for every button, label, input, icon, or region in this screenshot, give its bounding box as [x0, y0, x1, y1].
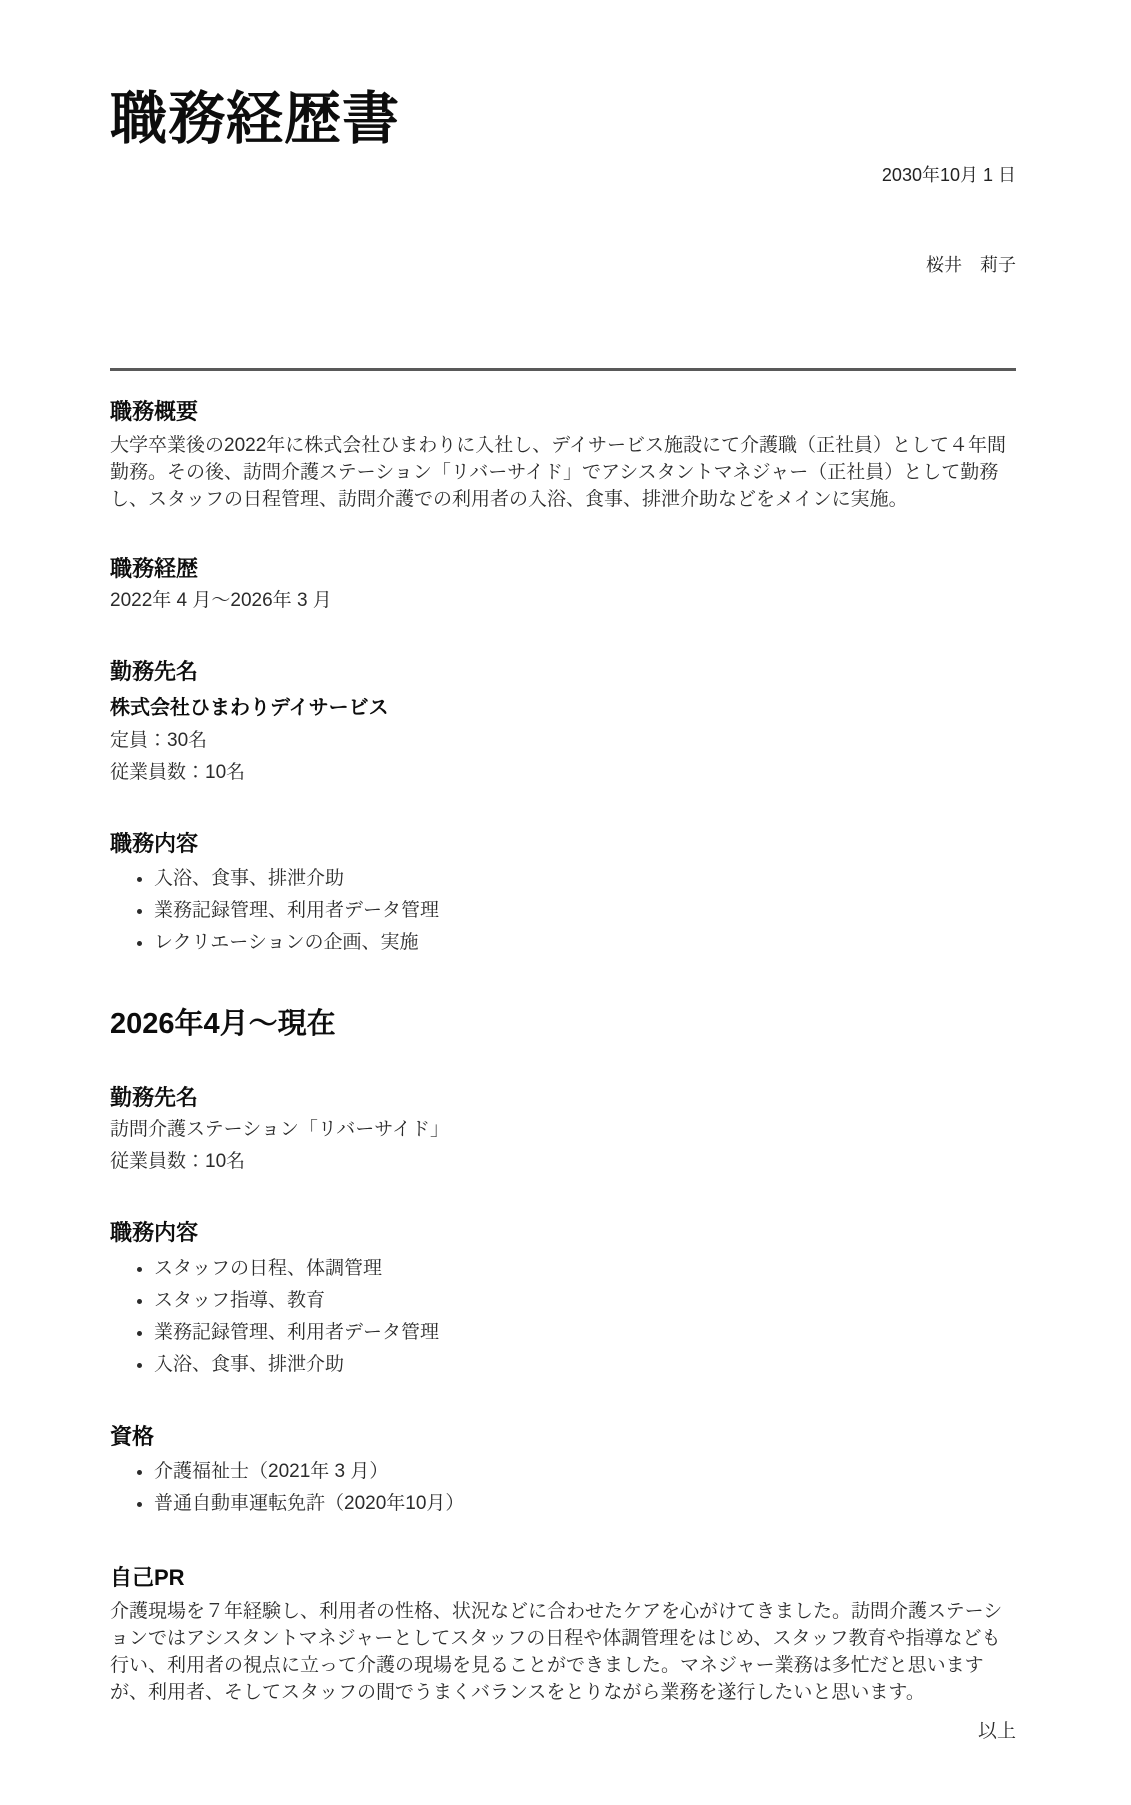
list-item: 業務記録管理、利用者データ管理 — [154, 895, 1016, 927]
history-period-2-heading: 2026年4月〜現在 — [110, 1007, 1016, 1042]
history-heading: 職務経歴 — [110, 555, 1016, 583]
list-item: 入浴、食事、排泄介助 — [154, 863, 1016, 895]
header-meta: 2030年10月 1 日 桜井 莉子 — [882, 100, 1016, 340]
header-divider — [110, 368, 1016, 371]
job2-duties-heading: 職務内容 — [110, 1219, 1016, 1247]
job1-employer-heading: 勤務先名 — [110, 658, 1016, 686]
qualifications-heading: 資格 — [110, 1423, 1016, 1451]
closing-text: 以上 — [110, 1718, 1016, 1745]
summary-heading: 職務概要 — [110, 398, 1016, 426]
pr-text: 介護現場を７年経験し、利用者の性格、状況などに合わせたケアを心がけてきました。訪… — [110, 1598, 1016, 1706]
list-item: スタッフ指導、教育 — [154, 1285, 1016, 1317]
job1-employer-name: 株式会社ひまわりデイサービス — [110, 694, 1016, 722]
resume-document: 職務経歴書 2030年10月 1 日 桜井 莉子 職務概要 大学卒業後の2022… — [0, 0, 1131, 1805]
list-item: スタッフの日程、体調管理 — [154, 1253, 1016, 1285]
pr-heading: 自己PR — [110, 1564, 1016, 1592]
list-item: レクリエーションの企画、実施 — [154, 927, 1016, 959]
summary-text: 大学卒業後の2022年に株式会社ひまわりに入社し、デイサービス施設にて介護職（正… — [110, 432, 1016, 513]
list-item: 普通自動車運転免許（2020年10月） — [154, 1488, 1016, 1520]
list-item: 介護福祉士（2021年 3 月） — [154, 1456, 1016, 1488]
job2-duty-list: スタッフの日程、体調管理 スタッフ指導、教育 業務記録管理、利用者データ管理 入… — [110, 1253, 1016, 1381]
list-item: 入浴、食事、排泄介助 — [154, 1349, 1016, 1381]
job1-duties-heading: 職務内容 — [110, 830, 1016, 858]
job1-duty-list: 入浴、食事、排泄介助 業務記録管理、利用者データ管理 レクリエーションの企画、実… — [110, 863, 1016, 959]
list-item: 業務記録管理、利用者データ管理 — [154, 1317, 1016, 1349]
document-header: 職務経歴書 2030年10月 1 日 桜井 莉子 — [110, 88, 1016, 340]
document-date: 2030年10月 1 日 — [882, 160, 1016, 190]
qualifications-list: 介護福祉士（2021年 3 月） 普通自動車運転免許（2020年10月） — [110, 1456, 1016, 1520]
job1-capacity: 定員：30名 — [110, 727, 1016, 754]
job1-employees: 従業員数：10名 — [110, 759, 1016, 786]
document-title: 職務経歴書 — [110, 88, 400, 151]
job2-employer-heading: 勤務先名 — [110, 1084, 1016, 1112]
author-name: 桜井 莉子 — [882, 250, 1016, 280]
job2-employees: 従業員数：10名 — [110, 1148, 1016, 1175]
job2-employer-name: 訪問介護ステーション「リバーサイド」 — [110, 1116, 1016, 1143]
history-period-1: 2022年 4 月〜2026年 3 月 — [110, 587, 1016, 614]
